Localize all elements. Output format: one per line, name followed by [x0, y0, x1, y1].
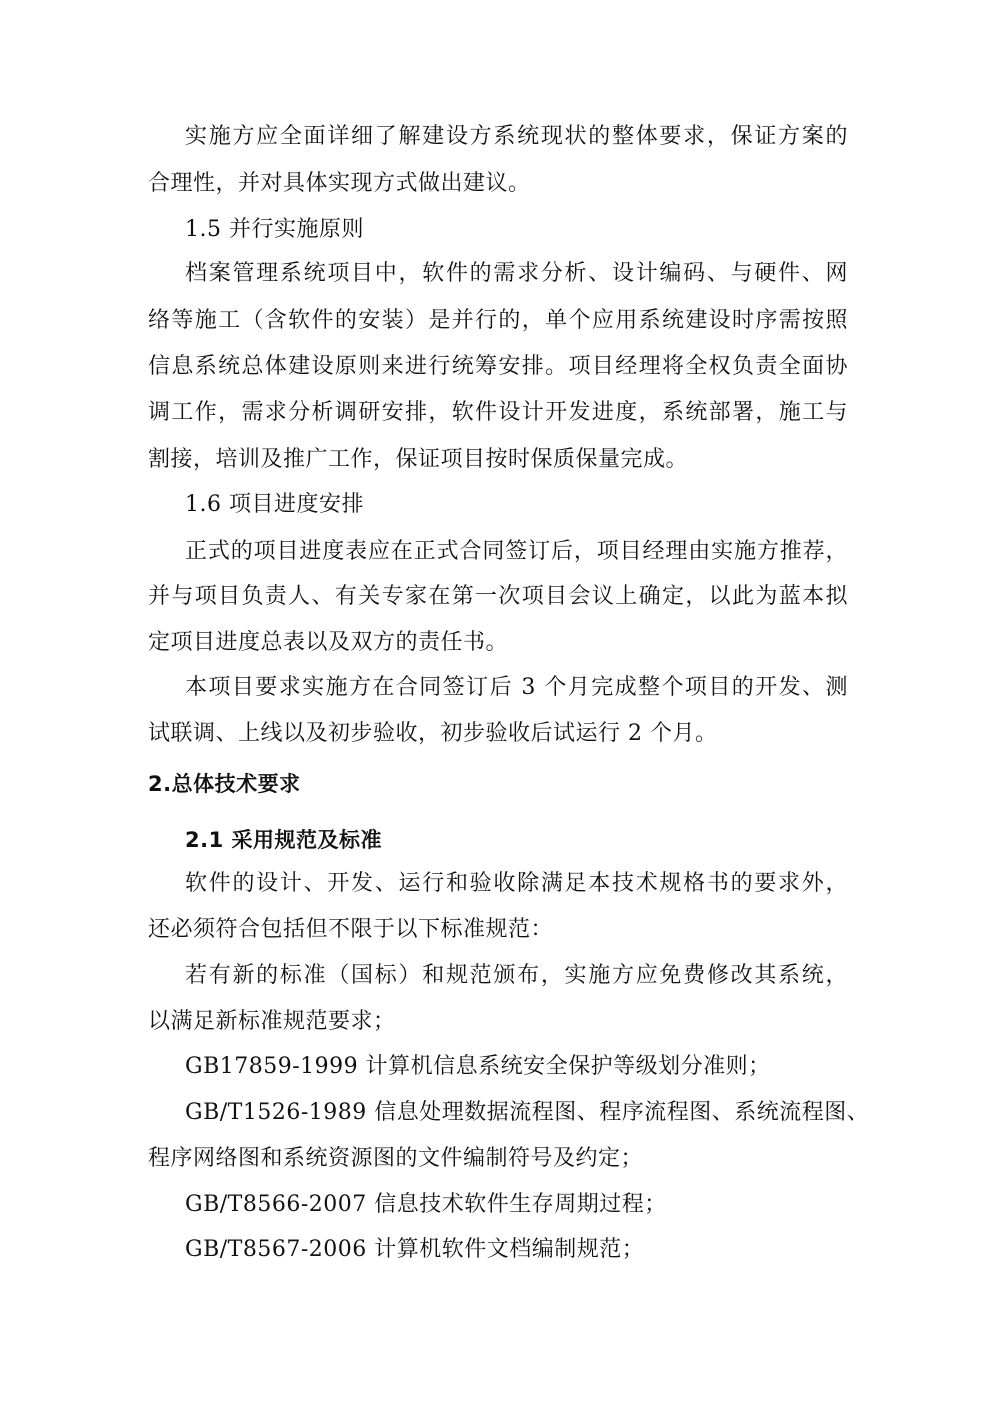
paragraph-line: 调工作，需求分析调研安排，软件设计开发进度，系统部署，施工与 [148, 399, 848, 427]
paragraph-line: 合理性，并对具体实现方式做出建议。 [148, 170, 848, 198]
paragraph-line: 信息系统总体建设原则来进行统筹安排。项目经理将全权负责全面协 [148, 353, 848, 381]
paragraph-line: 正式的项目进度表应在正式合同签订后，项目经理由实施方推荐， [185, 538, 848, 566]
heading-2-overall-technical-requirements: 2.总体技术要求 [148, 770, 848, 798]
paragraph-line: 实施方应全面详细了解建设方系统现状的整体要求，保证方案的 [185, 123, 848, 151]
standard-item: GB/T8567-2006 计算机软件文档编制规范； [185, 1236, 885, 1264]
standard-item-continuation: 程序网络图和系统资源图的文件编制符号及约定； [148, 1145, 848, 1173]
paragraph-line: 络等施工（含软件的安装）是并行的，单个应用系统建设时序需按照 [148, 307, 848, 335]
subheading-1-6: 1.6 项目进度安排 [185, 491, 885, 519]
paragraph-line: 定项目进度总表以及双方的责任书。 [148, 629, 848, 657]
paragraph-line: 割接，培训及推广工作，保证项目按时保质保量完成。 [148, 446, 848, 474]
document-page: 实施方应全面详细了解建设方系统现状的整体要求，保证方案的 合理性，并对具体实现方… [0, 0, 993, 1404]
standard-item: GB17859-1999 计算机信息系统安全保护等级划分准则； [185, 1053, 885, 1081]
standard-item: GB/T1526-1989 信息处理数据流程图、程序流程图、系统流程图、 [185, 1099, 848, 1127]
paragraph-line: 以满足新标准规范要求； [148, 1008, 848, 1036]
paragraph-line: 还必须符合包括但不限于以下标准规范： [148, 916, 848, 944]
paragraph-line: 档案管理系统项目中，软件的需求分析、设计编码、与硬件、网 [185, 260, 848, 288]
paragraph-line: 若有新的标准（国标）和规范颁布，实施方应免费修改其系统， [185, 962, 848, 990]
heading-2-1-standards: 2.1 采用规范及标准 [185, 826, 885, 854]
standard-item: GB/T8566-2007 信息技术软件生存周期过程； [185, 1191, 885, 1219]
paragraph-line: 软件的设计、开发、运行和验收除满足本技术规格书的要求外， [185, 870, 848, 898]
paragraph-line: 并与项目负责人、有关专家在第一次项目会议上确定，以此为蓝本拟 [148, 583, 848, 611]
paragraph-line: 本项目要求实施方在合同签订后 3 个月完成整个项目的开发、测 [185, 674, 848, 702]
subheading-1-5: 1.5 并行实施原则 [185, 216, 885, 244]
paragraph-line: 试联调、上线以及初步验收，初步验收后试运行 2 个月。 [148, 720, 848, 748]
